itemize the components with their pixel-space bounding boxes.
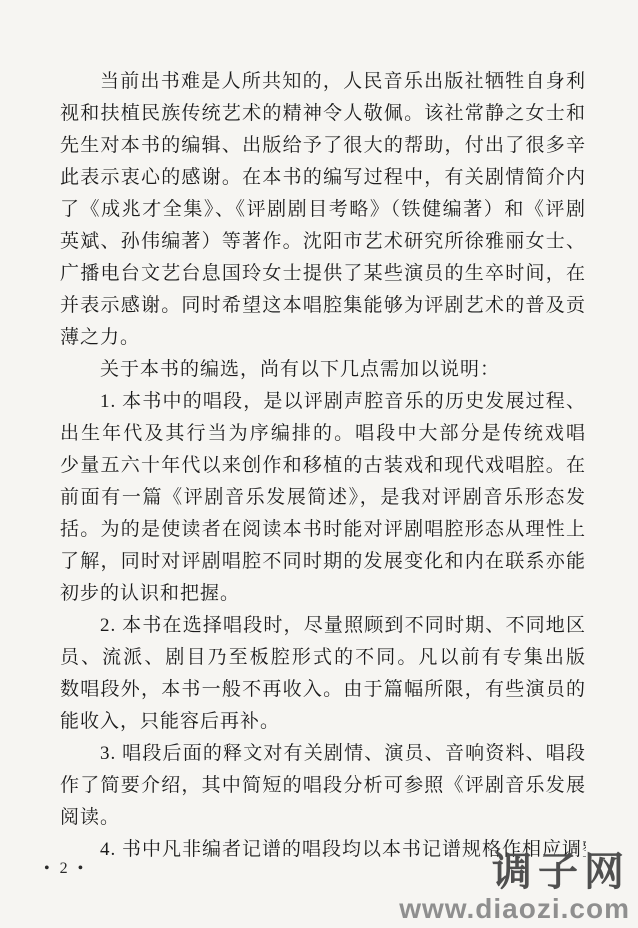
text-line: 前面有一篇《评剧音乐发展简述》，是我对评剧音乐形态发展的概 xyxy=(60,482,586,514)
text-line: 数唱段外，本书一般不再收入。由于篇幅所限，有些演员的唱腔未 xyxy=(60,674,586,706)
text-line: 当前出书难是人所共知的，人民音乐出版社牺牲自身利益，重 xyxy=(60,66,586,98)
text-line: 视和扶植民族传统艺术的精神令人敬佩。该社常静之女士和张辉 xyxy=(60,98,586,130)
text-line: 并表示感谢。同时希望这本唱腔集能够为评剧艺术的普及贡献绵 xyxy=(60,290,586,322)
book-page: 当前出书难是人所共知的，人民音乐出版社牺牲自身利益，重视和扶植民族传统艺术的精神… xyxy=(0,0,638,928)
text-line: 英斌、孙伟编著）等著作。沈阳市艺术研究所徐雅丽女士、天津人民 xyxy=(60,226,586,258)
text-line: 先生对本书的编辑、出版给予了很大的帮助，付出了很多辛苦，在 xyxy=(60,130,586,162)
text-line: 能收入，只能容后再补。 xyxy=(60,706,586,738)
text-line: 广播电台文艺台息国玲女士提供了某些演员的生卒时间，在此一 xyxy=(60,258,586,290)
page-number: • 2 • xyxy=(44,860,86,878)
text-line: 初步的认识和把握。 xyxy=(60,578,586,610)
text-line: 作了简要介绍，其中简短的唱段分析可参照《评剧音乐发展简述》 xyxy=(60,770,586,802)
text-line: 1. 本书中的唱段，是以评剧声腔音乐的历史发展过程、演员的 xyxy=(60,386,586,418)
text-line: 薄之力。 xyxy=(60,322,586,354)
text-line: 员、流派、剧目乃至板腔形式的不同。凡以前有专集出版者，除极少 xyxy=(60,642,586,674)
text-line: 3. 唱段后面的释文对有关剧情、演员、音响资料、唱段等情况 xyxy=(60,738,586,770)
text-line: 阅读。 xyxy=(60,802,586,834)
text-line: 此表示衷心的感谢。在本书的编写过程中，有关剧情简介内容参考 xyxy=(60,162,586,194)
text-line: 少量五六十年代以来创作和移植的古装戏和现代戏唱腔。在唱段 xyxy=(60,450,586,482)
text-line: 出生年代及其行当为序编排的。唱段中大部分是传统戏唱腔，亦有 xyxy=(60,418,586,450)
text-line: 括。为的是使读者在阅读本书时能对评剧唱腔形态从理性上有所 xyxy=(60,514,586,546)
page-text-block: 当前出书难是人所共知的，人民音乐出版社牺牲自身利益，重视和扶植民族传统艺术的精神… xyxy=(60,66,586,866)
text-line: 了解，同时对评剧唱腔不同时期的发展变化和内在联系亦能有一 xyxy=(60,546,586,578)
watermark-site-url: www.diaozi.com xyxy=(399,894,630,924)
text-line: 4. 书中凡非编者记谱的唱段均以本书记谱规格作相应调整。 xyxy=(60,834,586,866)
text-line: 了《成兆才全集》、《评剧剧目考略》（铁健编著）和《评剧在天津》（李 xyxy=(60,194,586,226)
text-line: 2. 本书在选择唱段时，尽量照顾到不同时期、不同地区的演 xyxy=(60,610,586,642)
text-line: 关于本书的编选，尚有以下几点需加以说明： xyxy=(60,354,586,386)
